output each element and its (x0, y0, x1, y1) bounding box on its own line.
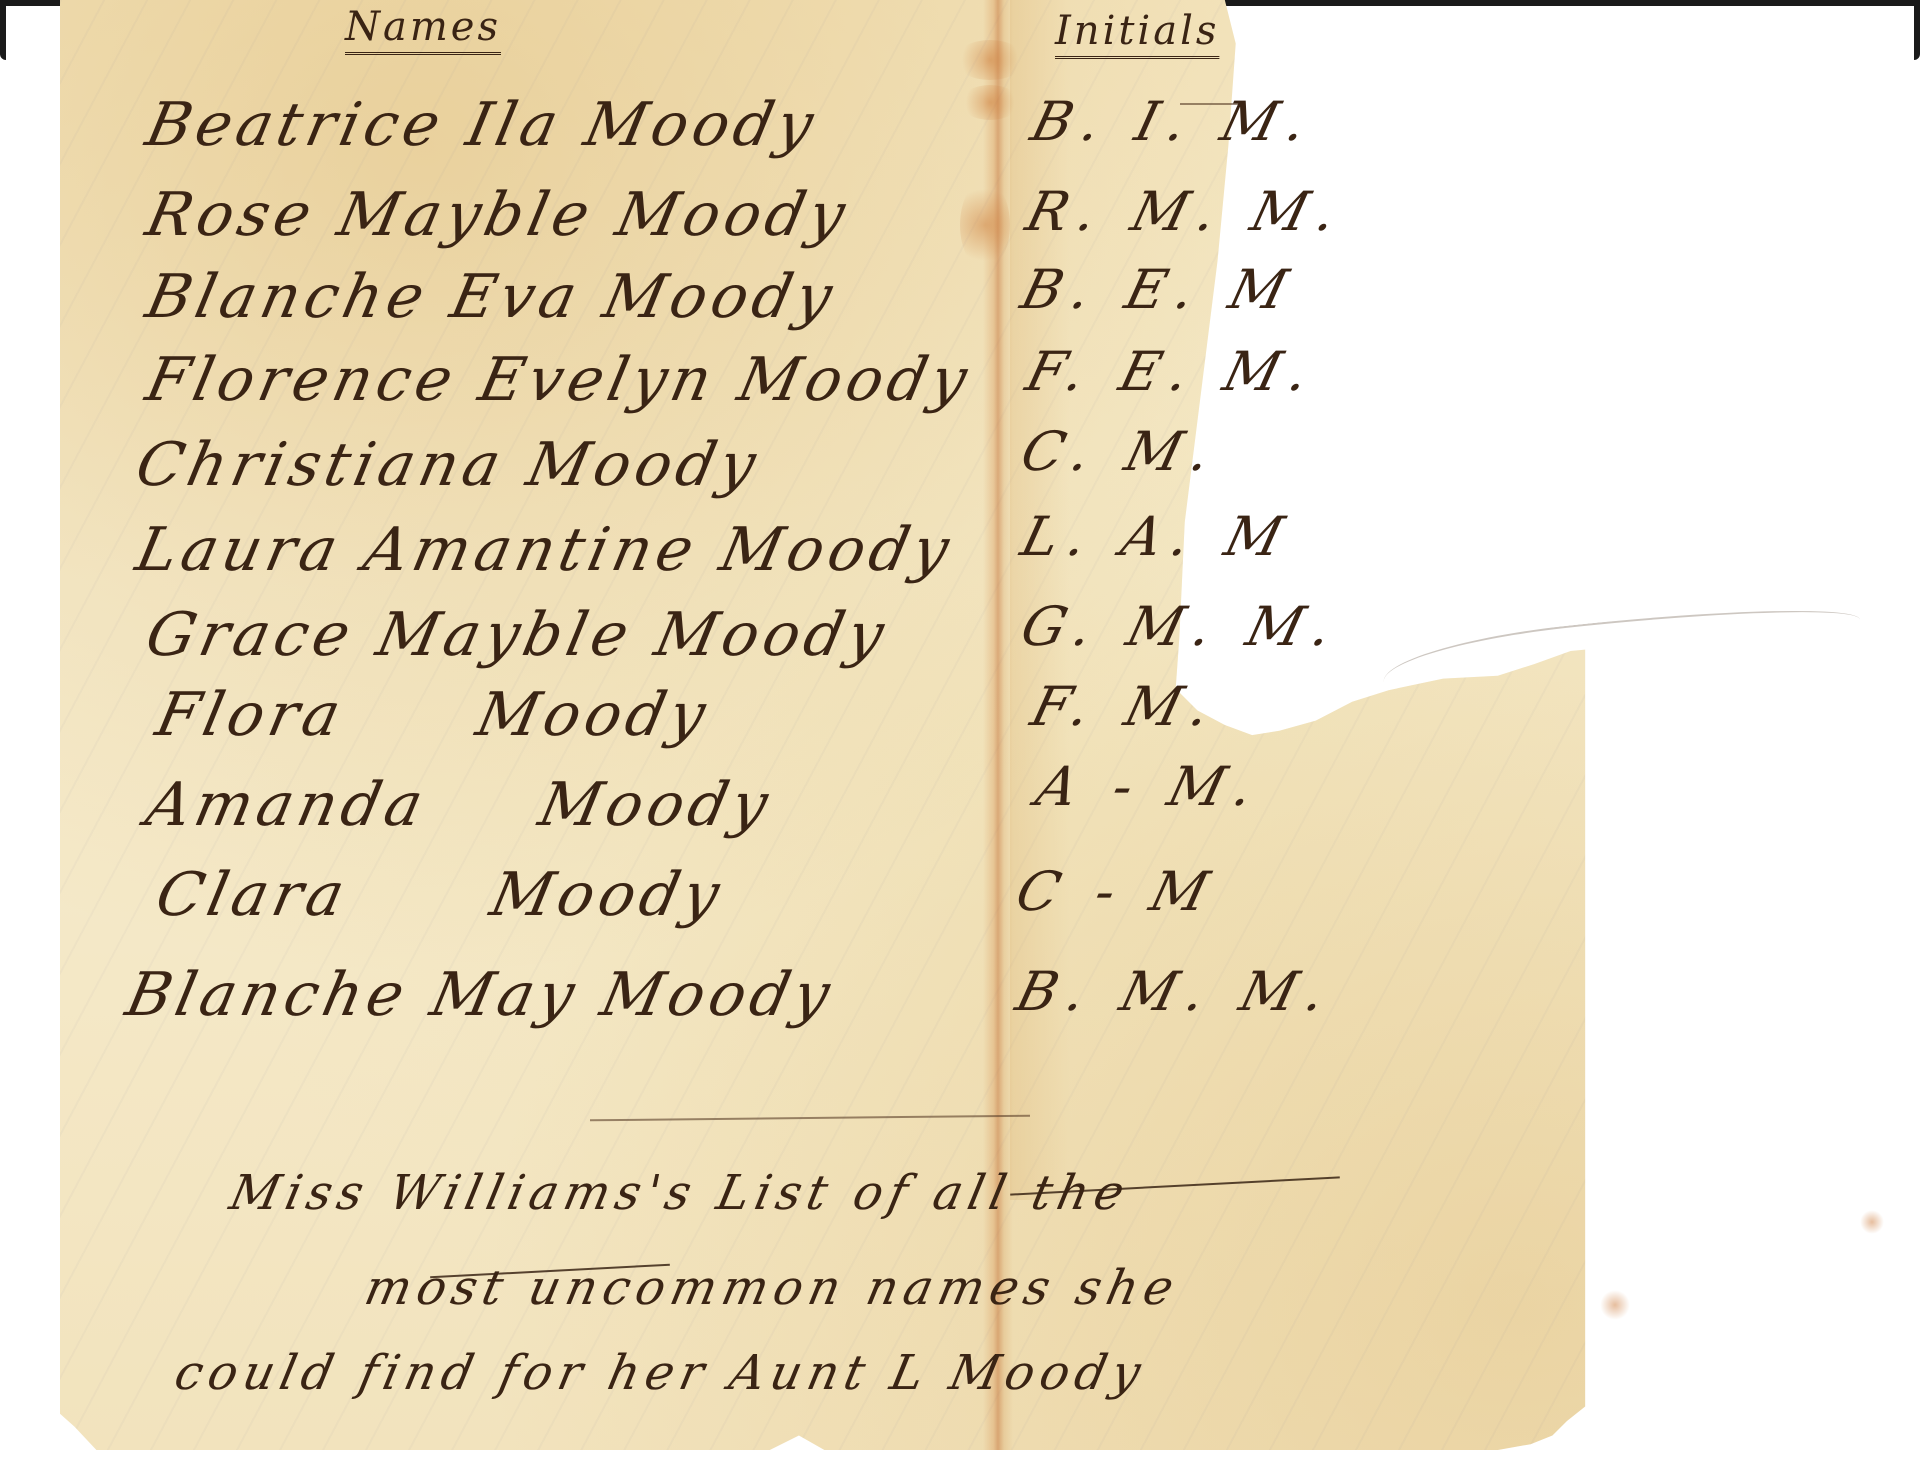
initials-entry: L. A. M (1015, 505, 1300, 568)
name-entry: Rose Mayble Moody (140, 180, 856, 250)
initials-entry: C - M (1010, 860, 1225, 923)
rust-stain (960, 180, 1010, 270)
initials-entry: F. E. M. (1020, 340, 1325, 403)
name-entry: Blanche Eva Moody (140, 262, 843, 332)
initials-entry: B. M. M. (1010, 960, 1342, 1023)
rust-stain (960, 85, 1020, 120)
initials-entry: G. M. M. (1015, 595, 1348, 658)
name-entry: Flora Moody (150, 680, 716, 750)
name-entry: Laura Amantine Moody (130, 515, 960, 585)
torn-paper-edge (1380, 595, 1870, 767)
footnote-line-3: could find for her Aunt L Moody (170, 1345, 1151, 1401)
names-column-header: Names (345, 4, 501, 50)
name-entry: Blanche May Moody (120, 960, 841, 1030)
footnote-line-1: Miss Williams's List of all the (225, 1165, 1135, 1221)
initials-entry: R. M. M. (1020, 180, 1353, 243)
initials-entry: B. E. M (1015, 258, 1304, 321)
footnote-line-2: most uncommon names she (360, 1260, 1185, 1316)
scan-canvas: Names Initials Beatrice Ila Moody Rose M… (0, 0, 1920, 1460)
name-entry: Amanda Moody (140, 770, 779, 840)
name-entry: Beatrice Ila Moody (140, 90, 824, 160)
name-entry: Grace Mayble Moody (140, 600, 895, 670)
name-entry: Clara Moody (150, 860, 730, 930)
initials-entry: B. I. M. (1025, 90, 1323, 153)
initials-entry: F. M. (1025, 675, 1227, 738)
initials-column-header: Initials (1055, 8, 1219, 54)
name-entry: Christiana Moody (130, 430, 767, 500)
rust-stain (955, 40, 1025, 80)
name-entry: Florence Evelyn Moody (140, 345, 978, 415)
initials-entry: C. M. (1015, 420, 1227, 483)
initials-entry: A - M. (1030, 755, 1270, 818)
rust-stain (1860, 1210, 1884, 1234)
rust-stain (1600, 1290, 1630, 1320)
